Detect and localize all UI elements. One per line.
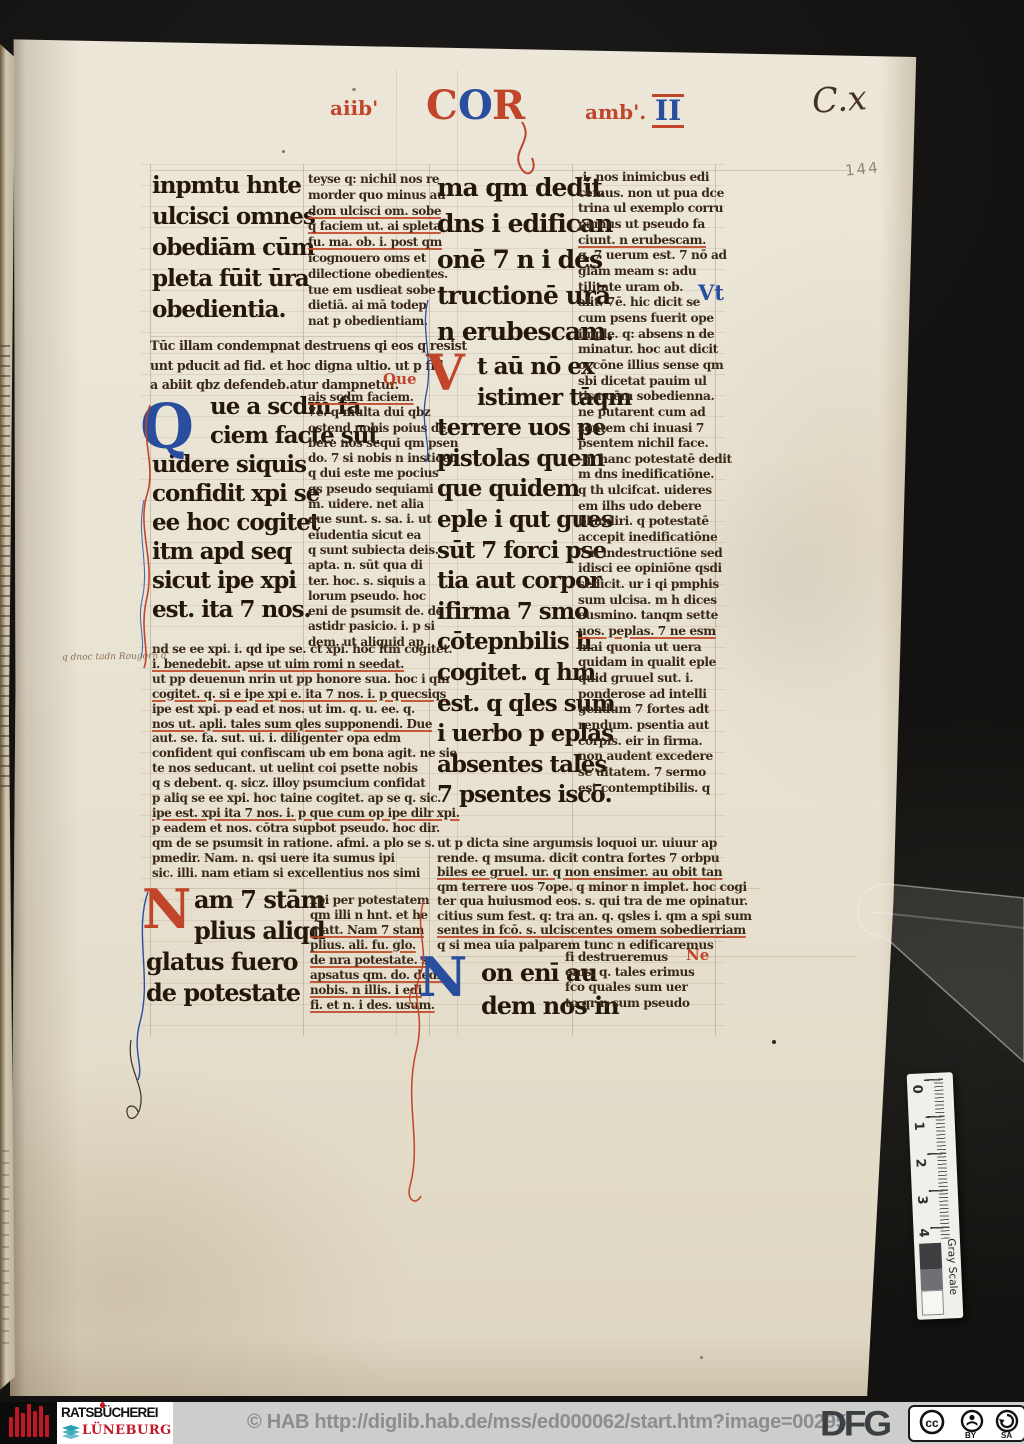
ink-speck [772,1040,776,1044]
lemma-col1-top: inpmtu hnteulcisci omnesobediām cūmpleta… [152,170,304,325]
text-line: minatur. hoc aut dicit [578,342,718,358]
gray-scale-ruler: 0 1 2 3 4 Gray Scale [907,1072,964,1320]
text-line: ponderose ad intelli [578,687,718,703]
text-line: 7e. q multa dui qbz [308,405,432,420]
text-line: dns i edifican [437,206,577,242]
waves-book-icon [61,1424,81,1439]
cc-by-label: BY [965,1431,976,1440]
text-line: te nos seducant. ut uelint coi psette no… [152,761,438,776]
text-line: sentes in fcō. s. ulciscentes omem sobed… [437,923,721,938]
fore-edge-text-marks [1,345,10,795]
gloss-band-2: nd se ee xpi. i. qd ipe se. ct xpi. hoc … [152,642,438,881]
text-line: que quidem [437,474,577,505]
text-line: ems. q. tales erimus [565,965,717,980]
text-line: ma qm dedit [437,170,577,206]
cc-license-badge: cc BY SA [908,1405,1024,1442]
text-line: ostend nobis poius de [308,421,432,436]
initial-n-red: N [142,882,191,936]
catchword-que: Que [383,372,417,387]
text-line: occōne illius sense qm [578,358,718,374]
logo-bar [9,1417,13,1437]
inline-initial-vt: Vt [698,282,724,303]
gray-patch-dark [919,1243,942,1270]
text-line: apta. n. sūt qua di [308,558,432,573]
book-numeral: II [652,94,684,128]
text-line: se uitatem. 7 sermo [578,765,718,781]
text-line: nobis. n illis. i edi [310,983,432,998]
text-line: i uerbo p eplas [437,719,577,750]
text-line: rende. q msuma. dicit contra fortes 7 or… [437,851,721,866]
text-line: p eadem et nos. cōtra supbot pseudo. hoc… [152,821,438,836]
text-line: sūt 7 forci pse [437,536,577,567]
text-line: eple i qut gues [437,505,577,536]
text-line: accepit inedificatiōne [578,530,718,546]
text-line: tia aut corpor [437,566,577,597]
text-line: fco quales sum uer [565,980,717,995]
text-line: q dui este me pocius [308,466,432,481]
text-line: 7 psentes iscō. [437,780,577,811]
text-line: absentes tales [437,750,577,781]
library-name: RATSBÜCHEREI [61,1405,158,1420]
text-line: icognouero oms et [308,251,430,267]
text-line: glatus fuero [146,946,306,977]
running-title-left: aiib' [330,96,378,120]
ink-speck [282,150,285,153]
text-line: biles ee gruel. ur. q non ensimer. au ob… [437,865,721,880]
flame-icon [100,1402,105,1408]
text-line: obediām cūm [152,232,304,263]
text-line: to qr n sum pseudo [565,996,717,1011]
pencil-foliation: 144 [844,158,880,180]
ink-speck [352,88,356,91]
copyright-url: © HAB http://diglib.hab.de/mss/ed000062/… [247,1411,846,1434]
text-line: aut. se. fa. sut. ui. i. diligenter opa … [152,731,438,746]
text-line: dietiā. ai mā todep [308,298,430,314]
running-title-letter-c: C [426,86,458,126]
text-line: morder quo minus au [308,188,430,204]
text-line: astidr pasicio. i. p si [308,619,432,634]
initial-n-blue: N [418,950,467,1004]
text-line: sbi dicetat pauim ul [578,374,718,390]
text-line: de potestate [146,977,306,1008]
logo-bar [39,1406,43,1437]
ruler-number: 2 [912,1158,927,1168]
lemma-col3-ut: t aū nō existimer tāqmterrere uos pepist… [437,352,577,811]
text-line: ter. hoc. s. siquis a [308,574,432,589]
text-line: q th ulcifcat. uideres [578,483,718,499]
text-line: qm de se psumsit in ratione. afmi. a plo… [152,836,438,851]
svg-text:cc: cc [925,1416,939,1430]
text-line: sentem chi inuasi 7 [578,421,718,437]
catchword-ne: Ne [686,948,709,963]
text-line: q s debent. q. sicz. illoy psumcium conf… [152,776,438,791]
text-line: q att. Nam 7 stam [310,923,432,938]
text-line: fi. et n. i des. usum. [310,998,432,1013]
text-line: -i- nos inimicbus edi [578,170,718,186]
text-line: sum ulcisa. m h dices [578,593,718,609]
logo-bar [45,1415,49,1437]
text-line: q faciem ut. ai spleta [308,219,430,235]
text-line: 7 n indestructiōne sed [578,546,718,562]
fore-edge-text-marks-lower [2,1150,9,1350]
text-line: ee hoc cogitet [152,508,306,537]
text-line: m. uidere. net alia [308,497,432,512]
ruler-number: 0 [909,1084,924,1094]
lemma-col3-top: ma qm deditdns i edificanonē 7 n i destr… [437,170,577,350]
text-line: rendum. psentia aut [578,718,718,734]
text-line: tructionē urā [437,278,577,314]
text-line: em ilhs udo debere [578,499,718,515]
text-line: apsatus qm. do. dedit [310,968,432,983]
text-line: trina ul exemplo corru [578,201,718,217]
text-line: do. 7 si nobis n insticet [308,451,432,466]
text-line: ut p dicta sine argumsis loquoi ur. uiuu… [437,836,721,851]
ruler-number: 4 [915,1228,930,1238]
text-line: obedientia. [152,294,304,325]
text-line: aiit. 7ē. hic dicit se [578,295,718,311]
gray-scale-label: Gray Scale [945,1238,960,1316]
ruler-number: 3 [914,1195,929,1205]
text-line: mai quonia ut uera [578,640,718,656]
initial-v-red: V [426,348,465,398]
text-line: ut pp deuenun nrin ut pp honore sua. hoc… [152,672,438,687]
text-line: quid gruuel sut. i. [578,671,718,687]
text-line: ais scdm faciem. [308,390,432,405]
text-line: imple. q: absens n de [578,327,718,343]
text-line: pleta fūit ūra [152,263,304,294]
text-line: teyse q: nichil nos re [308,172,430,188]
text-line: p aliq se ee xpi. hoc taine cogitet. ap … [152,791,438,806]
gloss-col2-bottom: xpi per potestatemqm illi n hnt. et heq … [310,893,432,1013]
text-line: ulcisci omnes [152,201,304,232]
text-line: idisci ee opiniōne qsdi [578,561,718,577]
text-line: inpmtu hnte [152,170,304,201]
logo-bar [15,1407,19,1437]
text-line: i. benedebit. apse ut uim romi n seedat. [152,657,438,672]
text-line: dom ulcisci om. sobe [308,204,430,220]
gloss-band-3: ut p dicta sine argumsis loquoi ur. uiuu… [437,836,721,952]
text-line: blandiri. q potestatē [578,514,718,530]
gray-patch-white [921,1290,944,1316]
text-line: cōtepnbilis h [437,627,577,658]
text-line: bere nos sequi qm psen [308,436,432,451]
text-line: sic. illi. nam etiam si excellentius nos… [152,866,438,881]
text-line: tisa oēm sobedienna. [578,389,718,405]
text-line: est contemptibilis. q [578,781,718,797]
gloss-col2-mid: ais scdm faciem.7e. q multa dui qbzosten… [308,390,432,650]
text-line: q sunt subiecta deis. [308,543,432,558]
text-line: psentem nichil face. [578,436,718,452]
text-line: -q- hanc potestatē dedit [578,452,718,468]
text-line: pmedir. Nam. n. qsi uere ita sumus ipi [152,851,438,866]
text-line: qm illi n hnt. et he [310,908,432,923]
text-line: cemus. non ut pua dce [578,186,718,202]
gloss-col2-top: teyse q: nichil nos remorder quo minus a… [308,172,430,330]
running-title-letter-o: O [458,86,493,126]
text-line: uos. peplas. 7 ne esm [578,624,718,640]
text-line: cogitet. q hm [437,658,577,689]
text-line: cum psens fuerit ope [578,311,718,327]
folio-mark: C.x [811,78,868,122]
text-line: est. q qles sum [437,689,577,720]
text-line: de nra potestate. s. [310,953,432,968]
running-title-letter-r: R [492,86,525,126]
text-line: sicut ipe xpi [152,566,306,595]
text-line: non audent excedere [578,749,718,765]
ruler-number: 1 [911,1121,926,1131]
text-line: glām meam s: adu [578,264,718,280]
text-line: tilitate uram ob. [578,280,718,296]
text-line: terrere uos pe [437,413,577,444]
text-line: ipe est. xpi ita 7 nos. i. p que cum op … [152,806,438,821]
text-line: ifirma 7 smo [437,597,577,628]
text-line: sedicit. ur i qi pmphis [578,577,718,593]
gray-patch-mid [920,1269,943,1291]
text-line: nos ut. apli. tales sum qles supponendi.… [152,717,438,732]
ink-speck [700,1356,703,1359]
text-line: cogitet. q. si e ipe xpi e. ita 7 nos. i… [152,687,438,702]
dfg-logo: DFG [820,1404,889,1444]
text-line: eni de psumsit de. de [308,604,432,619]
footer-bar: RATSBÜCHEREI LÜNEBURG © HAB http://digli… [0,1402,1024,1444]
text-line: eiudentia sicut ea [308,528,432,543]
text-line: pamus ut pseudo fa [578,217,718,233]
text-line: itm apd seq [152,537,306,566]
text-line: onē 7 n i des [437,242,577,278]
text-line: tue em usdieat sobe [308,283,430,299]
text-line: est. ita 7 nos. [152,595,306,624]
text-line: qs pseudo sequiami [308,482,432,497]
initial-q: Q [140,396,194,458]
text-line: plius. ali. fu. glo. [310,938,432,953]
text-line: m dns inedificatiōne. [578,467,718,483]
text-line: eusmino. tanqm sette [578,608,718,624]
text-line: ne putarent cum ad [578,405,718,421]
text-line: ipe est xpi. p ead et nos. ut im. q. u. … [152,702,438,717]
logo-bar [27,1404,31,1437]
ratsbuecherei-logo: RATSBÜCHEREI LÜNEBURG [57,1402,173,1444]
text-line: dilectione obedientes. [308,267,430,283]
text-line: confident qui confiscam ub em bona agit.… [152,746,438,761]
text-line: quidam in qualit eple [578,655,718,671]
text-line: q. 7 uerum est. 7 nō ad [578,248,718,264]
text-line: citius sum fest. q: tra an. q. qsles i. … [437,909,721,924]
gloss-col4: -i- nos inimicbus edicemus. non ut pua d… [578,170,718,796]
library-city: LÜNEBURG [82,1423,172,1438]
logo-bar [21,1413,25,1437]
cc-sa-label: SA [1001,1431,1012,1440]
text-line: fu. ma. ob. i. post qm [308,235,430,251]
text-line: Tūc illam condempnat destruens qi eos q … [150,336,436,356]
text-line: nat p obedientiam. [308,314,430,330]
text-line: dem. ut aliquid ap [308,635,432,650]
text-line: qm terrere uos 7ope. q minor n implet. h… [437,880,721,895]
text-line: pistolas quem [437,444,577,475]
text-line: confidit xpi se [152,479,306,508]
text-line: que sunt. s. sa. i. ut [308,512,432,527]
text-line: xpi per potestatem [310,893,432,908]
running-title-right: amb'. [585,100,646,124]
text-line: ter qua huiusmod eos. s. qui tra de me o… [437,894,721,909]
text-line: lorum pseudo. hoc [308,589,432,604]
ratsbuecherei-bars-logo [0,1402,57,1444]
text-line: ciunt. n erubescam. [578,233,718,249]
logo-bar [33,1411,37,1437]
text-line: gendum 7 fortes adt [578,702,718,718]
text-line: corpis. eir in firma. [578,734,718,750]
